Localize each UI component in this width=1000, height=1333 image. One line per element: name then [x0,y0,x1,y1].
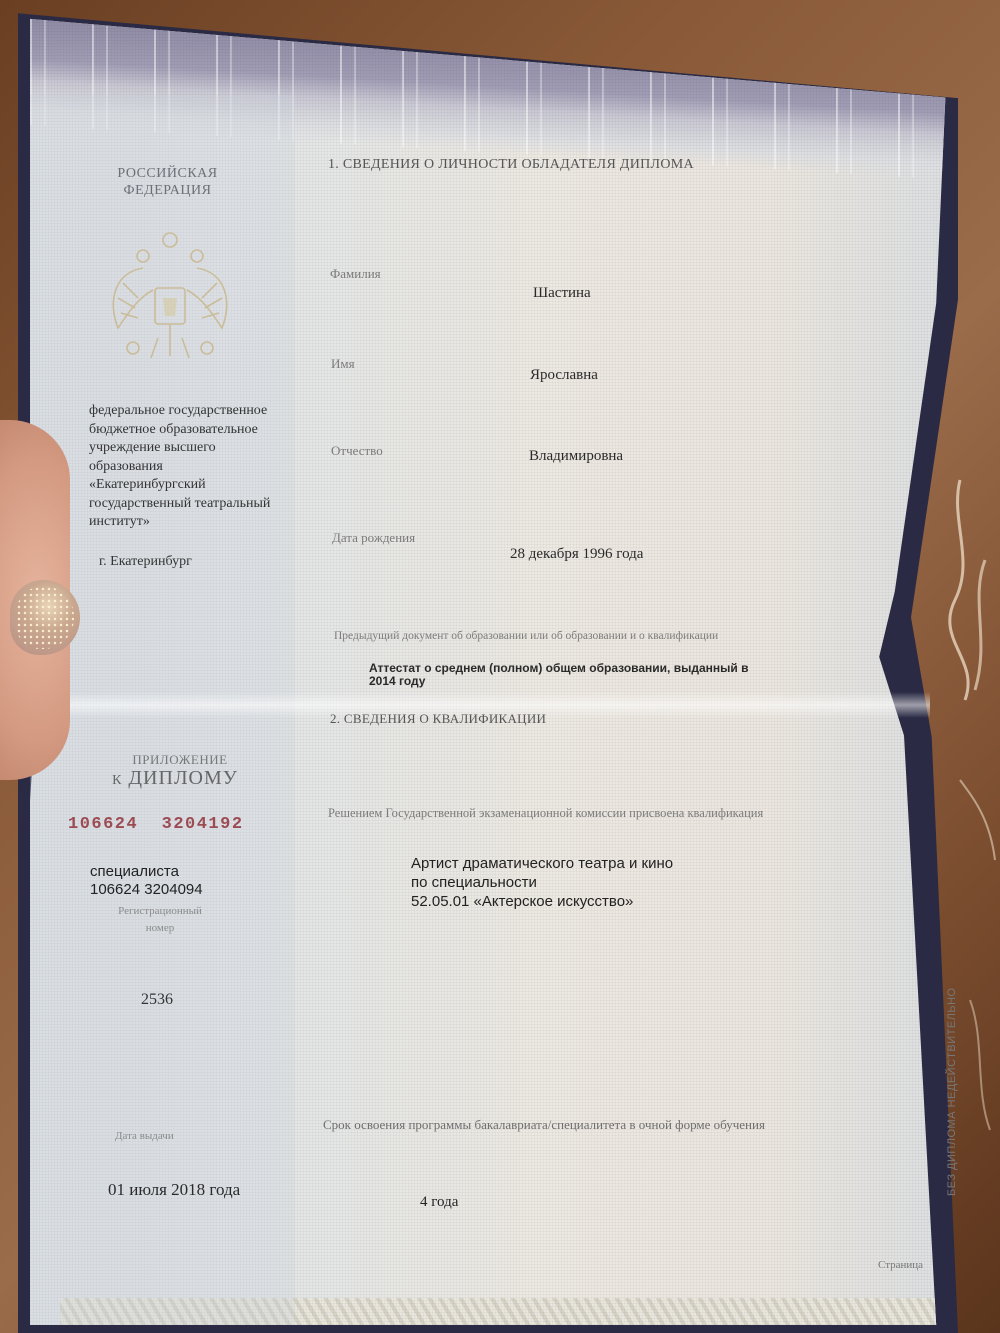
glitter-nail [10,580,80,655]
diploma-number: 106624 3204094 [90,881,203,899]
institution-line: институт» [89,513,309,532]
institution-line: образования [89,458,309,477]
field-value-surname: Шастина [533,285,591,302]
institution-line: учреждение высшего [89,439,309,458]
country-name: РОССИЙСКАЯ ФЕДЕРАЦИЯ [100,165,235,199]
reg-number-label-line: номер [105,920,215,937]
qualification-line: 52.05.01 «Актерское искусство» [411,892,673,911]
previous-document-line: 2014 году [369,675,809,688]
reg-number: 2536 [141,991,173,1009]
diploma-info: специалиста 106624 3204094 [90,863,203,899]
previous-document-label: Предыдущий документ об образовании или о… [334,630,718,642]
institution-line: бюджетное образовательное [89,421,309,440]
previous-document-value: Аттестат о среднем (полном) общем образо… [369,662,809,688]
previous-document-line: Аттестат о среднем (полном) общем образо… [369,662,809,675]
field-value-birthdate: 28 декабря 1996 года [510,546,643,563]
supplement-title-line-1: ПРИЛОЖЕНИЕ [115,752,245,768]
qualification-line: Артист драматического театра и кино [411,854,673,873]
issue-date-label: Дата выдачи [115,1130,174,1142]
study-term-value: 4 года [420,1194,458,1211]
field-label-name: Имя [331,356,355,372]
institution-name: федеральное государственное бюджетное об… [89,402,309,532]
field-label-birthdate: Дата рождения [332,530,415,546]
page-label: Страница [878,1259,923,1271]
coat-of-arms-icon [103,228,238,368]
supplement-serial-number: 106624 3204192 [68,815,244,834]
institution-line: федеральное государственное [89,402,309,421]
section-1-heading: 1. СВЕДЕНИЯ О ЛИЧНОСТИ ОБЛАДАТЕЛЯ ДИПЛОМ… [328,157,694,173]
reg-number-label-line: Регистрационный [105,903,215,920]
qualification-line: по специальности [411,873,673,892]
country-line-1: РОССИЙСКАЯ [100,165,235,182]
study-term-label: Срок освоения программы бакалавриата/спе… [323,1117,765,1133]
country-line-2: ФЕДЕРАЦИЯ [100,182,235,199]
validity-side-note: БЕЗ ДИПЛОМА НЕДЕЙСТВИТЕЛЬНО [946,996,958,1196]
qualification-decision-label: Решением Государственной экзаменационной… [328,806,763,821]
supplement-title-line-2: к ДИПЛОМУ [100,767,250,790]
institution-line: государственный театральный [89,495,309,514]
field-value-patronymic: Владимировна [529,448,623,465]
field-label-patronymic: Отчество [331,443,383,459]
issue-date: 01 июля 2018 года [108,1180,240,1200]
diploma-level: специалиста [90,863,203,881]
field-label-surname: Фамилия [330,266,381,282]
institution-city: г. Екатеринбург [99,554,192,570]
section-2-heading: 2. СВЕДЕНИЯ О КВАЛИФИКАЦИИ [330,711,546,727]
field-value-name: Ярославна [530,367,598,384]
qualification-value: Артист драматического театра и кино по с… [411,854,673,911]
reg-number-label: Регистрационный номер [105,903,215,937]
institution-line: «Екатеринбургский [89,476,309,495]
